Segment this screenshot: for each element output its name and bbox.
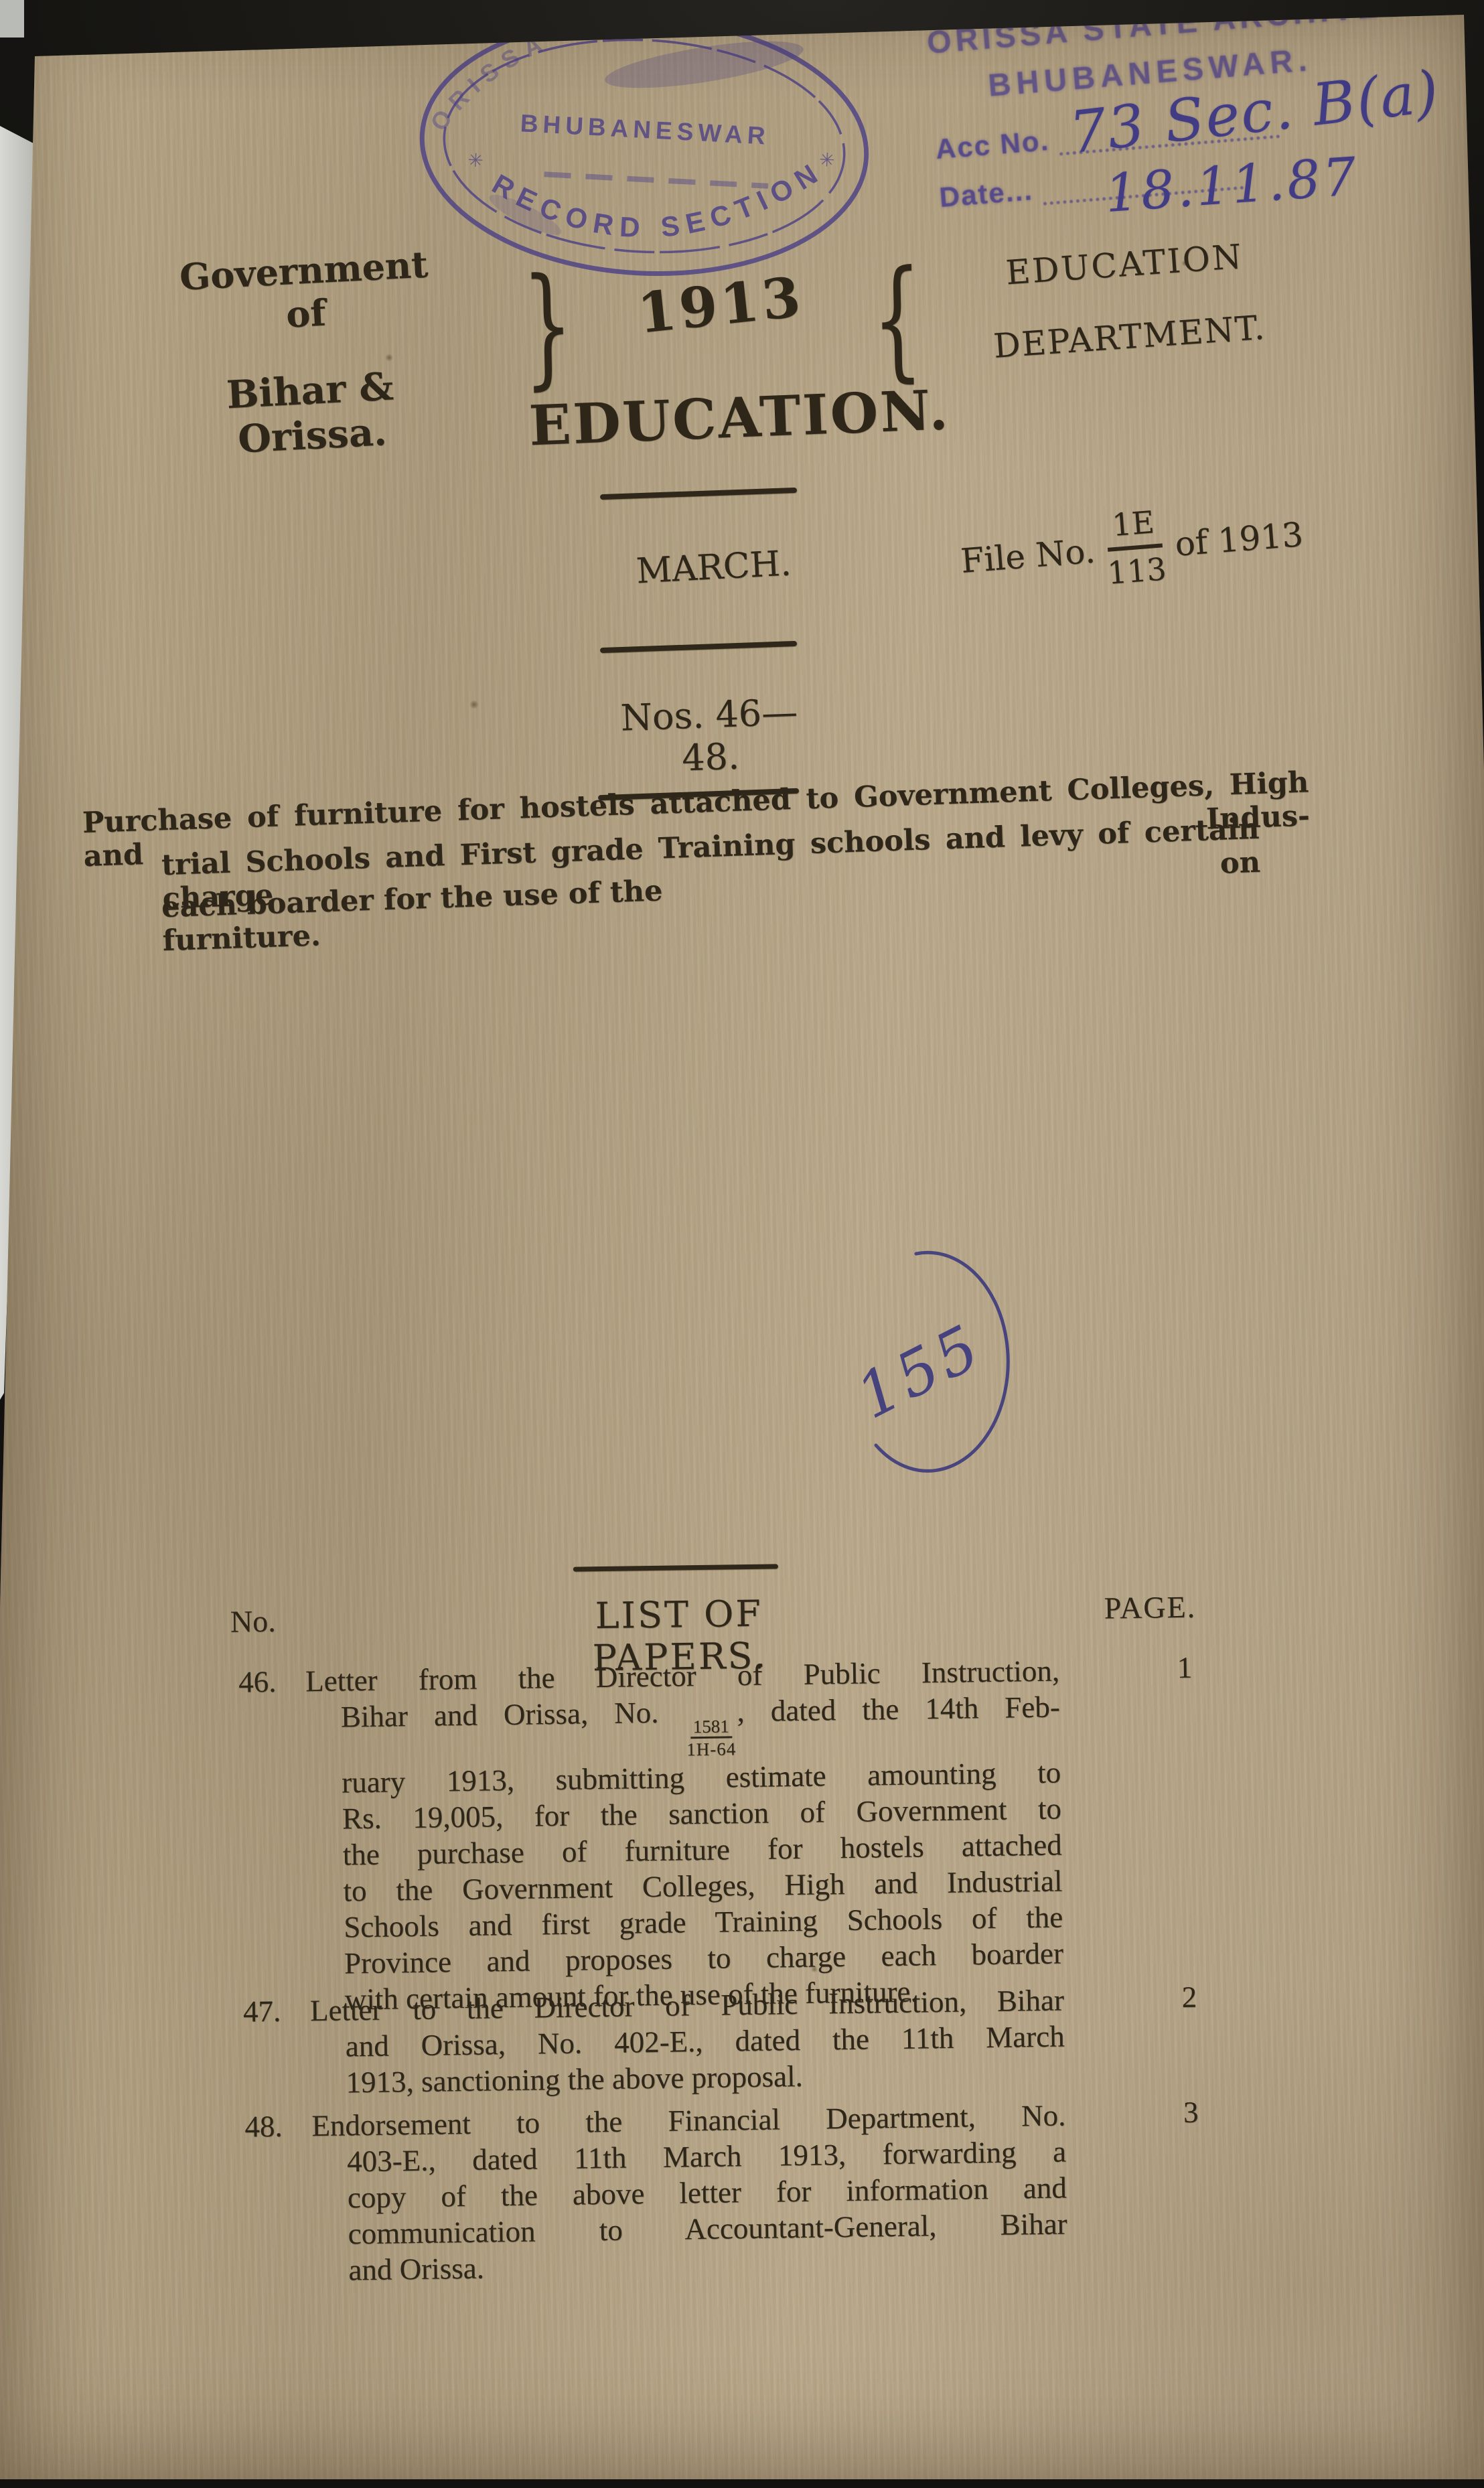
- document-page: Government of Bihar & Orissa. } 1913 { E…: [0, 0, 1484, 2488]
- list-item: 48.Endorsement to the Financial Departme…: [346, 2097, 1068, 2288]
- list-item: 46.Letter from the Director of Public In…: [340, 1652, 1064, 2017]
- paper-serial-number: 46.: [238, 1664, 277, 1700]
- list-item: 47.Letter to the Director of Public Inst…: [345, 1982, 1065, 2100]
- accession-number-label: Acc No.: [934, 125, 1051, 166]
- papers-list: 46.Letter from the Director of Public In…: [0, 0, 1461, 4]
- column-header-no: No.: [230, 1603, 276, 1639]
- book-edge-corner: [0, 0, 24, 38]
- page-number: 3: [1167, 2094, 1215, 2130]
- list-of-papers: No. LIST OF PAPERS. PAGE. 46.Letter from…: [0, 0, 1484, 2488]
- list-item-line: Bihar and Orissa, No. 15811H-64, dated t…: [341, 1688, 1061, 1764]
- paper-serial-number: 47.: [243, 1993, 281, 2030]
- letter-number-fraction: 15811H-64: [686, 1716, 737, 1759]
- paper-serial-number: 48.: [244, 2108, 283, 2145]
- page-number: 2: [1165, 1978, 1213, 2015]
- scanned-archive-document: { "document": { "archive_stamp": { "org"…: [0, 0, 1484, 2488]
- divider-rule: [573, 1564, 778, 1571]
- page-number: 1: [1161, 1649, 1209, 1686]
- column-header-page: PAGE.: [1104, 1589, 1196, 1626]
